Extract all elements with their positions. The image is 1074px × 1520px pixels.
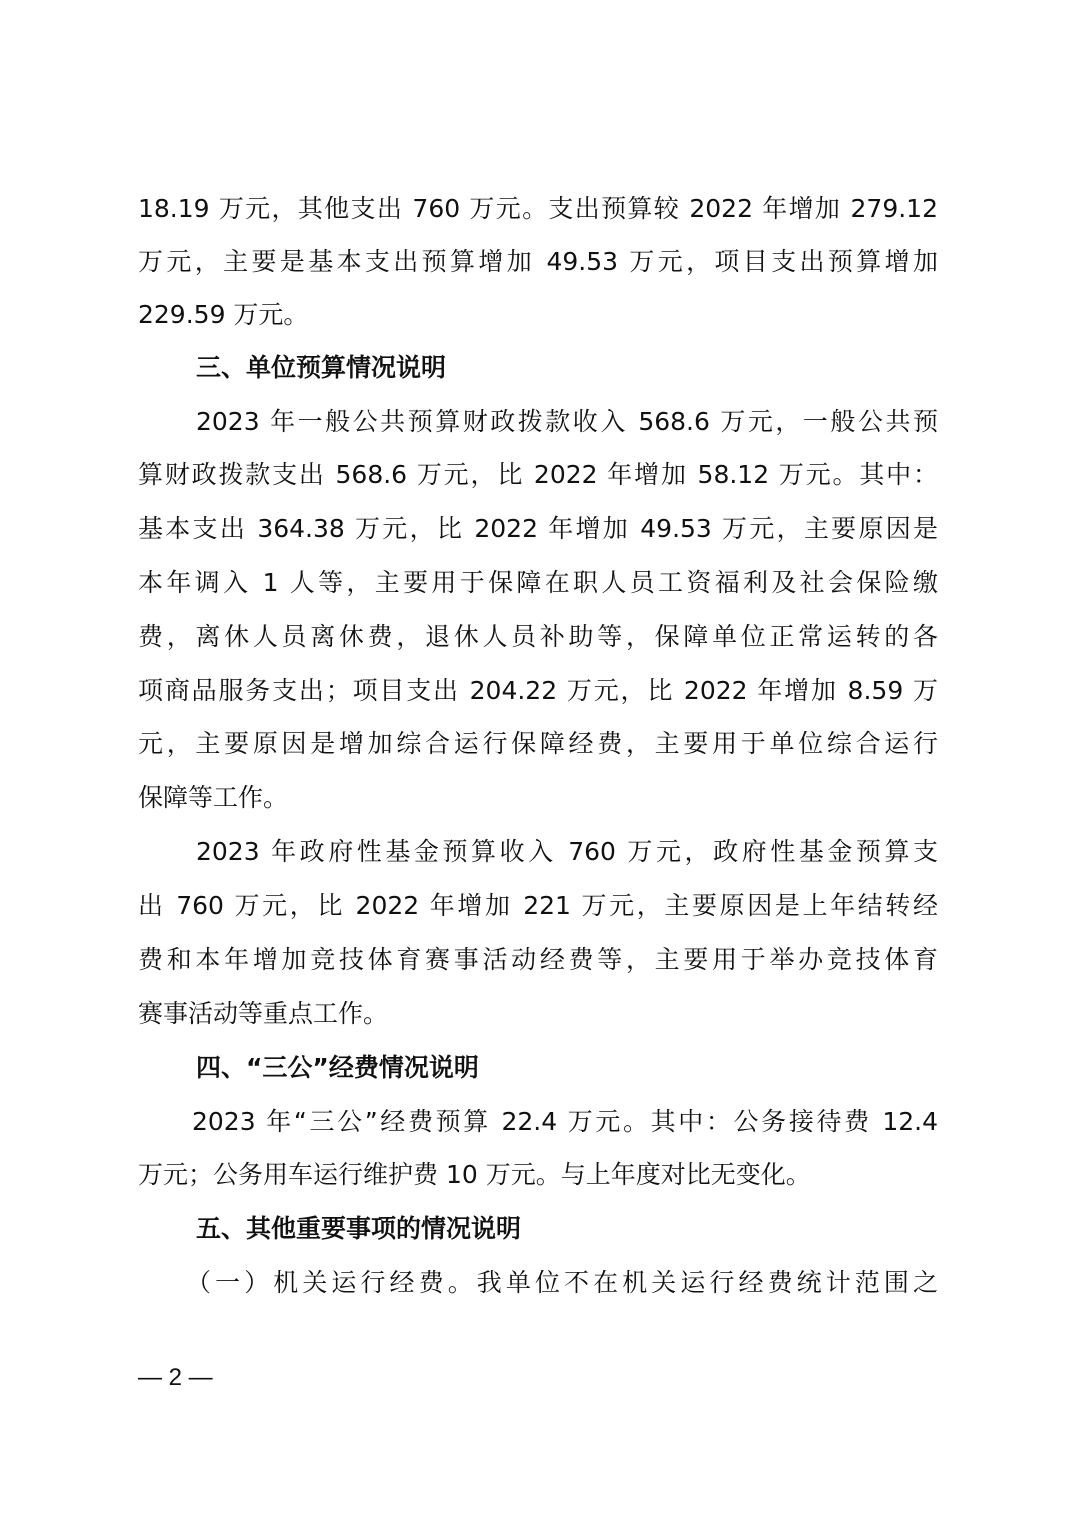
section-heading: 五、其他重要事项的情况说明 <box>196 1202 938 1256</box>
paragraph-line: 万元，主要是基本支出预算增加 49.53 万元，项目支出预算增加 <box>138 235 938 289</box>
paragraph-line: 出 760 万元，比 2022 年增加 221 万元，主要原因是上年结转经 <box>138 879 938 933</box>
paragraph-line: （一）机关运行经费。我单位不在机关运行经费统计范围之 <box>186 1256 938 1310</box>
paragraph-line: 费，离休人员离休费，退休人员补助等，保障单位正常运转的各 <box>138 610 938 664</box>
paragraph-line: 项商品服务支出；项目支出 204.22 万元，比 2022 年增加 8.59 万 <box>138 664 938 718</box>
section-heading: 四、“三公”经费情况说明 <box>196 1041 938 1095</box>
paragraph-line: 18.19 万元，其他支出 760 万元。支出预算较 2022 年增加 279.… <box>138 182 938 236</box>
paragraph-line: 2023 年“三公”经费预算 22.4 万元。其中：公务接待费 12.4 <box>192 1095 938 1149</box>
paragraph-line: 本年调入 1 人等，主要用于保障在职人员工资福利及社会保险缴 <box>138 556 938 610</box>
section-heading: 三、单位预算情况说明 <box>196 341 938 395</box>
paragraph-line: 赛事活动等重点工作。 <box>138 987 938 1041</box>
paragraph-line: 万元；公务用车运行维护费 10 万元。与上年度对比无变化。 <box>138 1148 938 1202</box>
paragraph-line: 算财政拨款支出 568.6 万元，比 2022 年增加 58.12 万元。其中： <box>138 448 938 502</box>
paragraph-line: 费和本年增加竞技体育赛事活动经费等，主要用于举办竞技体育 <box>138 933 938 987</box>
paragraph-line: 2023 年政府性基金预算收入 760 万元，政府性基金预算支 <box>196 825 938 879</box>
paragraph-line: 元，主要原因是增加综合运行保障经费，主要用于单位综合运行 <box>138 717 938 771</box>
paragraph-line: 2023 年一般公共预算财政拨款收入 568.6 万元，一般公共预 <box>196 395 938 449</box>
paragraph-line: 基本支出 364.38 万元，比 2022 年增加 49.53 万元，主要原因是 <box>138 502 938 556</box>
paragraph-line: 保障等工作。 <box>138 771 938 825</box>
paragraph-line: 229.59 万元。 <box>138 288 938 342</box>
page-number: — 2 — <box>138 1363 213 1393</box>
